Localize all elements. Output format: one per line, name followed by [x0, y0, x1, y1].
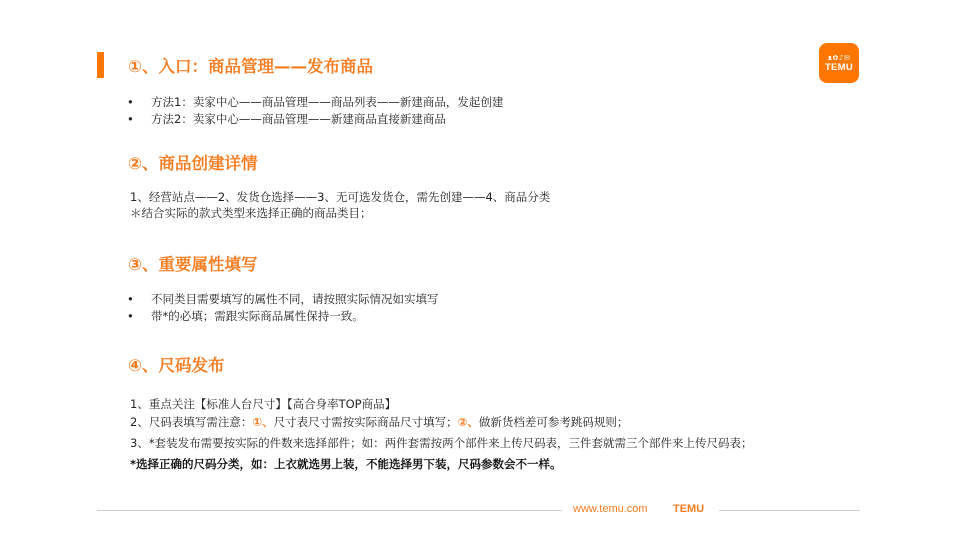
list-item: • 不同类目需要填写的属性不同，请按照实际情况如实填写	[127, 291, 439, 308]
section-title-entry: ①、入口：商品管理——发布商品	[128, 57, 373, 77]
list-item: • 方法1：卖家中心——商品管理——商品列表——新建商品，发起创建	[127, 94, 503, 111]
circled-number-1: ①、	[252, 415, 273, 429]
method-1-text: 方法1：卖家中心——商品管理——商品列表——新建商品，发起创建	[151, 94, 503, 111]
entry-methods-list: • 方法1：卖家中心——商品管理——商品列表——新建商品，发起创建 • 方法2：…	[127, 94, 503, 128]
size-category-warning: *选择正确的尺码分类，如：上衣就选男上装，不能选择男下装，尺码参数会不一样。	[130, 456, 562, 473]
bullet-icon: •	[127, 111, 151, 128]
section-title-create-details: ②、商品创建详情	[128, 154, 257, 174]
attribute-note-2: 带*的必填；需跟实际商品属性保持一致。	[151, 308, 364, 325]
size-line-3: 3、*套装发布需要按实际的件数来选择部件；如：两件套需按两个部件来上传尺码表，三…	[130, 435, 753, 452]
footer-divider-left	[97, 510, 562, 511]
section-accent-bar	[97, 52, 104, 78]
footer-brand: TEMU	[673, 503, 704, 515]
size-line-2-part-2: 做新货档差可参考跳码规则；	[479, 415, 629, 429]
size-line-2-part-1: 尺寸表尺寸需按实际商品尺寸填写；	[274, 415, 458, 429]
footer-url: www.temu.com	[573, 503, 648, 515]
size-line-2: 2、尺码表填写需注意：①、尺寸表尺寸需按实际商品尺寸填写；②、做新货档差可参考跳…	[130, 414, 628, 431]
footer-divider-right	[719, 510, 860, 511]
list-item: • 带*的必填；需跟实际商品属性保持一致。	[127, 308, 439, 325]
create-steps-text: 1、经营站点——2、发货仓选择——3、无可选发货仓，需先创建——4、商品分类	[130, 189, 550, 206]
circled-number-2: ②、	[458, 415, 479, 429]
size-line-1: 1、重点关注【标准人台尺寸】【高合身率TOP商品】	[130, 396, 396, 413]
temu-logo: ᴥ✿♪✉ TEMU	[819, 43, 859, 83]
section-title-size-publish: ④、尺码发布	[128, 356, 224, 376]
list-item: • 方法2：卖家中心——商品管理——新建商品直接新建商品	[127, 111, 503, 128]
logo-wordmark: TEMU	[825, 62, 853, 73]
logo-icons: ᴥ✿♪✉	[828, 54, 851, 62]
bullet-icon: •	[127, 308, 151, 325]
size-line-2-prefix: 2、尺码表填写需注意：	[130, 415, 252, 429]
attributes-list: • 不同类目需要填写的属性不同，请按照实际情况如实填写 • 带*的必填；需跟实际…	[127, 291, 439, 325]
bullet-icon: •	[127, 291, 151, 308]
section-title-attributes: ③、重要属性填写	[128, 255, 257, 275]
category-note-text: ＊结合实际的款式类型来选择正确的商品类目；	[130, 205, 372, 222]
bullet-icon: •	[127, 94, 151, 111]
method-2-text: 方法2：卖家中心——商品管理——新建商品直接新建商品	[151, 111, 446, 128]
attribute-note-1: 不同类目需要填写的属性不同，请按照实际情况如实填写	[151, 291, 439, 308]
